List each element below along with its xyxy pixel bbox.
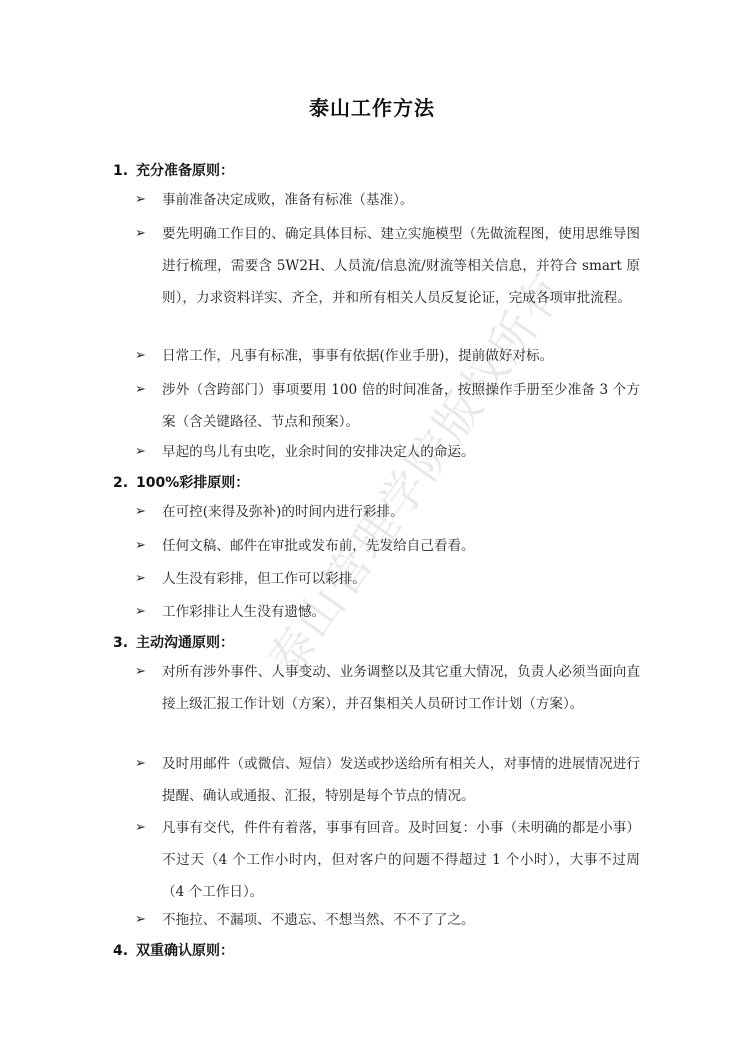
arrow-bullet-icon: ➢: [135, 563, 153, 595]
section-heading-3: 3.主动沟通原则：: [113, 632, 234, 652]
section-title: 主动沟通原则：: [136, 635, 234, 651]
section-heading-1: 1.充分准备原则：: [113, 160, 234, 180]
section-number: 4.: [113, 943, 136, 959]
list-item: ➢ 日常工作，凡事有标准，事事有依据(作业手册)，提前做好对标。: [135, 340, 640, 372]
document-page: 泰山管理学院版权所有 泰山工作方法 1.充分准备原则： ➢ 事前准备决定成败，准…: [0, 0, 744, 1053]
arrow-bullet-icon: ➢: [135, 374, 153, 406]
arrow-bullet-icon: ➢: [135, 340, 153, 372]
arrow-bullet-icon: ➢: [135, 656, 153, 688]
arrow-bullet-icon: ➢: [135, 184, 153, 216]
arrow-bullet-icon: ➢: [135, 218, 153, 250]
arrow-bullet-icon: ➢: [135, 904, 153, 936]
list-item: ➢ 要先明确工作目的、确定具体目标、建立实施模型（先做流程图，使用思维导图进行梳…: [135, 218, 640, 314]
section-title: 100%彩排原则：: [136, 475, 249, 491]
list-item: ➢ 工作彩排让人生没有遗憾。: [135, 596, 640, 628]
arrow-bullet-icon: ➢: [135, 436, 153, 468]
list-item: ➢ 凡事有交代，件件有着落，事事有回音。及时回复：小事（未明确的都是小事）不过天…: [135, 812, 640, 908]
section-heading-4: 4.双重确认原则：: [113, 940, 234, 960]
list-item: ➢ 事前准备决定成败，准备有标准（基准）。: [135, 184, 640, 216]
list-item: ➢ 及时用邮件（或微信、短信）发送或抄送给所有相关人，对事情的进展情况进行提醒、…: [135, 748, 640, 812]
section-title: 双重确认原则：: [136, 943, 234, 959]
arrow-bullet-icon: ➢: [135, 812, 153, 844]
page-title: 泰山工作方法: [0, 92, 744, 121]
section-heading-2: 2.100%彩排原则：: [113, 472, 249, 492]
list-item: ➢ 任何文稿、邮件在审批或发布前，先发给自己看看。: [135, 530, 640, 562]
list-item: ➢ 涉外（含跨部门）事项要用 100 倍的时间准备，按照操作手册至少准备 3 个…: [135, 374, 640, 438]
list-item: ➢ 人生没有彩排，但工作可以彩排。: [135, 563, 640, 595]
arrow-bullet-icon: ➢: [135, 596, 153, 628]
section-number: 2.: [113, 475, 136, 491]
section-title: 充分准备原则：: [136, 163, 234, 179]
list-item: ➢ 早起的鸟儿有虫吃，业余时间的安排决定人的命运。: [135, 436, 640, 468]
arrow-bullet-icon: ➢: [135, 496, 153, 528]
list-item: ➢ 不拖拉、不漏项、不遗忘、不想当然、不不了了之。: [135, 904, 640, 936]
list-item: ➢ 对所有涉外事件、人事变动、业务调整以及其它重大情况，负责人必须当面向直接上级…: [135, 656, 640, 720]
section-number: 1.: [113, 163, 136, 179]
arrow-bullet-icon: ➢: [135, 748, 153, 780]
arrow-bullet-icon: ➢: [135, 530, 153, 562]
list-item: ➢ 在可控(来得及弥补)的时间内进行彩排。: [135, 496, 640, 528]
section-number: 3.: [113, 635, 136, 651]
